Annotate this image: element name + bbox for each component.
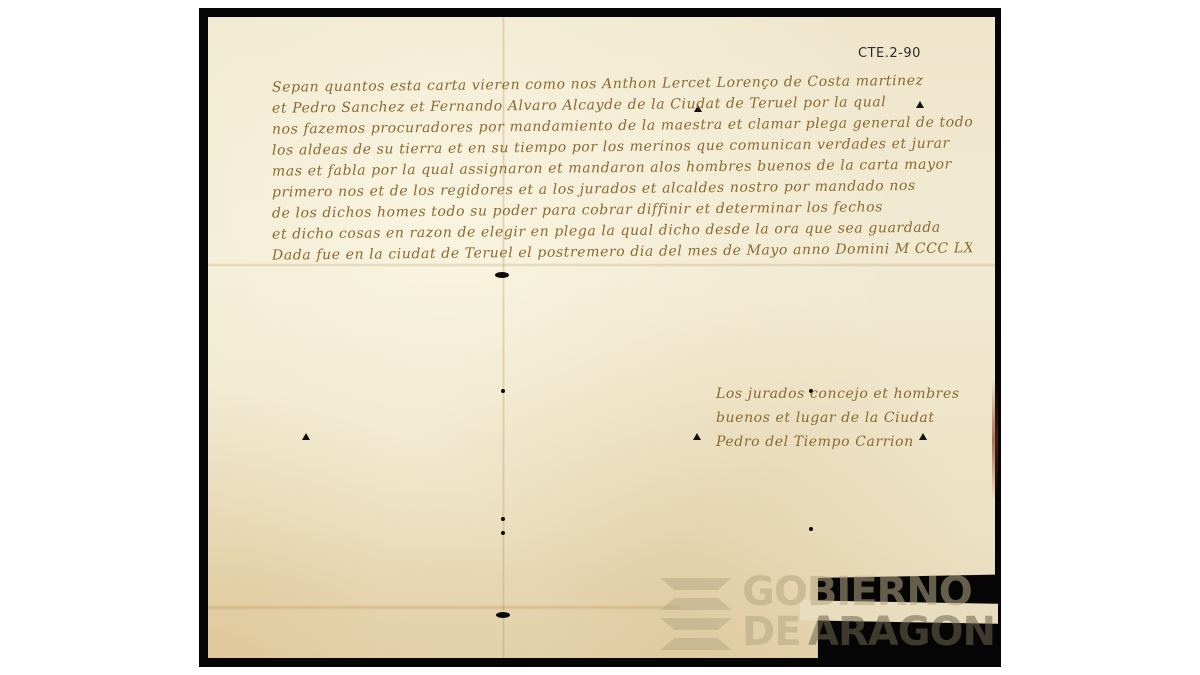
archive-reference: CTE.2-90 [858,46,921,61]
signature-line: Los jurados concejo et hombres [716,382,996,406]
pin-hole [693,433,701,440]
pin-hole [809,527,813,531]
fold-hole [495,272,509,278]
signature-line: buenos et lugar de la Ciudat [716,406,996,430]
signature-line: Pedro del Tiempo Carrion [716,430,996,454]
lower-fold-stain [208,605,680,610]
pin-hole [501,389,505,393]
torn-edge-flap [800,600,998,623]
fold-hole [496,612,510,618]
pin-hole [302,433,310,440]
signature-block: Los jurados concejo et hombres buenos et… [716,382,996,454]
charter-body-text: Sepan quantos esta carta vieren como nos… [272,74,972,263]
pin-hole [501,531,505,535]
pin-hole [501,517,505,521]
